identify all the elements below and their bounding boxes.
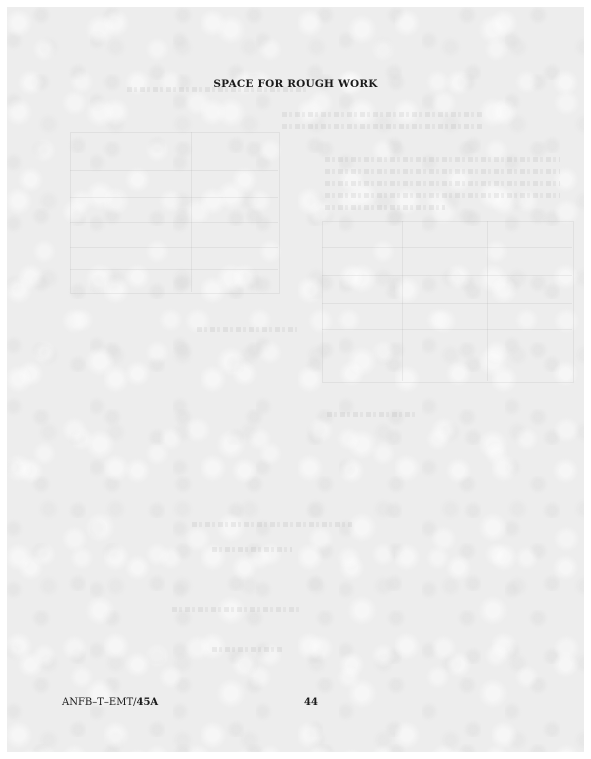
bleed-through-divider <box>322 247 572 248</box>
document-code-suffix: 45A <box>137 697 159 708</box>
bleed-through-text <box>197 327 297 332</box>
document-code: ANFB–T–EMT/45A <box>62 697 158 708</box>
bleed-through-text <box>212 647 282 652</box>
bleed-through-divider <box>322 303 572 304</box>
bleed-through-text <box>212 547 292 552</box>
page-title: SPACE FOR ROUGH WORK <box>7 78 584 90</box>
bleed-through-divider <box>70 170 278 171</box>
bleed-through-text <box>325 181 560 186</box>
bleed-through-divider <box>70 247 278 248</box>
bleed-through-text <box>282 112 482 117</box>
rough-work-page: SPACE FOR ROUGH WORK ANFB–T–EMT/45A 44 <box>7 7 584 752</box>
bleed-through-text <box>192 522 352 527</box>
bleed-through-text <box>325 169 560 174</box>
bleed-through-divider <box>70 197 278 198</box>
bleed-through-divider <box>322 275 572 276</box>
bleed-through-divider <box>191 132 192 292</box>
bleed-through-text <box>172 607 302 612</box>
bleed-through-divider <box>402 221 403 381</box>
bleed-through-text <box>327 412 417 417</box>
bleed-through-divider <box>70 269 278 270</box>
bleed-through-text <box>282 124 482 129</box>
bleed-through-divider <box>322 329 572 330</box>
bleed-through-text <box>325 193 560 198</box>
document-code-prefix: ANFB–T–EMT/ <box>62 697 137 708</box>
bleed-through-divider <box>70 222 278 223</box>
bleed-through-divider <box>487 221 488 381</box>
bleed-through-text <box>325 157 560 162</box>
page-number: 44 <box>304 697 318 708</box>
bleed-through-table-right <box>322 221 574 383</box>
bleed-through-text <box>325 205 445 210</box>
